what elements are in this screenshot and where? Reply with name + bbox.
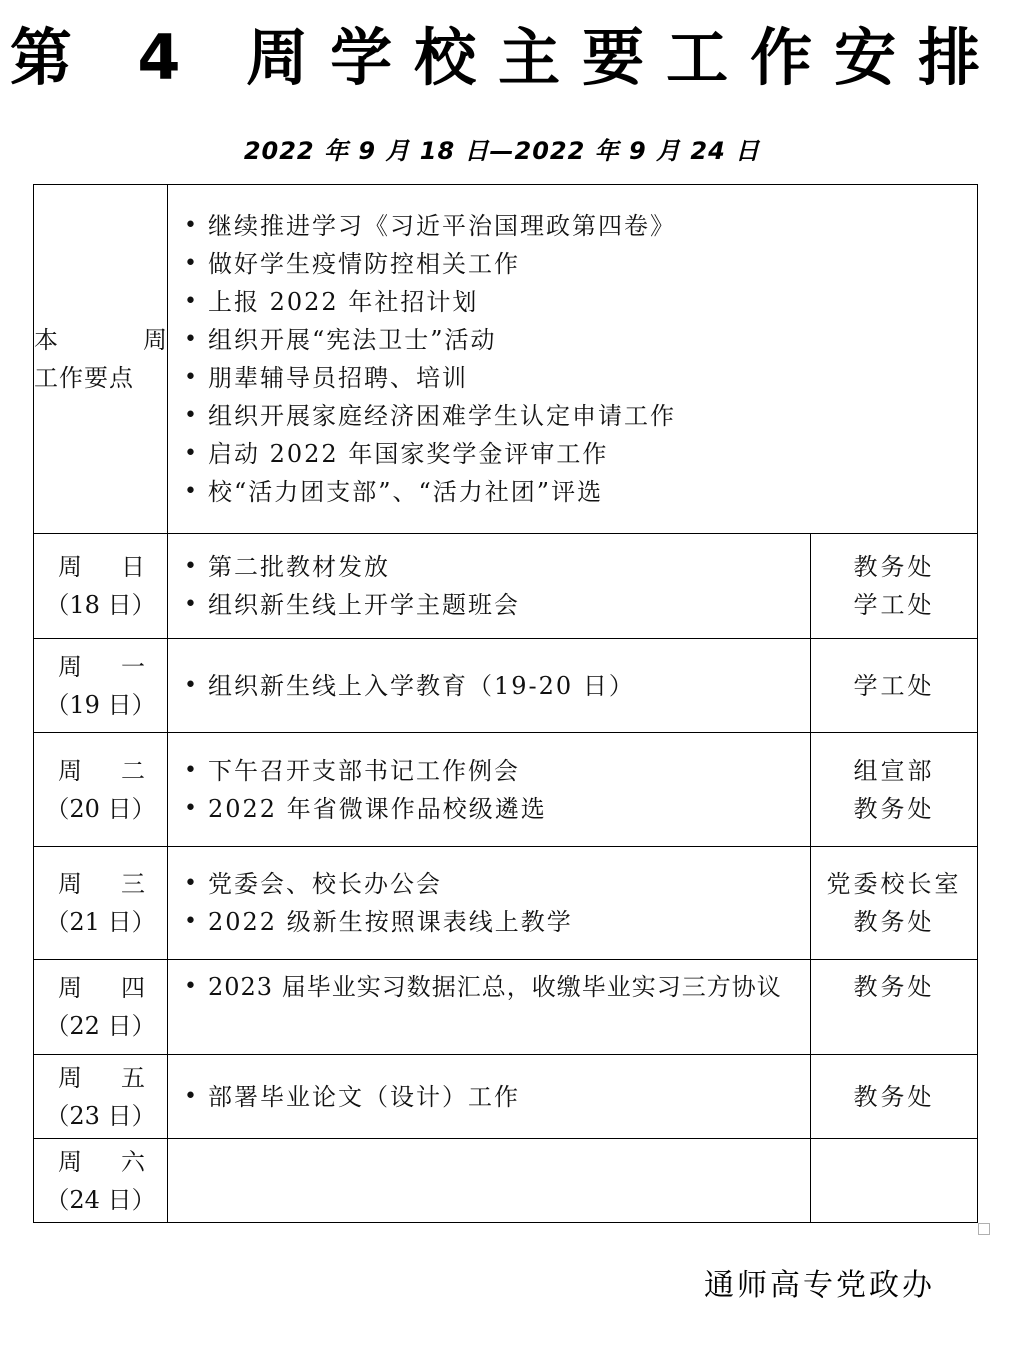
day-prefix: 周 (58, 648, 82, 686)
day-suffix: 六 (121, 1143, 145, 1181)
list-item: 组织开展“宪法卫士”活动 (184, 321, 977, 359)
key-points-label-left: 本 (34, 321, 58, 359)
list-item: 朋辈辅导员招聘、培训 (184, 359, 977, 397)
department-cell[interactable]: 教务处 学工处 (811, 534, 978, 639)
tasks-cell[interactable]: 党委会、校长办公会 2022 级新生按照课表线上教学 (168, 847, 811, 960)
list-item: 2022 级新生按照课表线上教学 (184, 903, 810, 941)
table-row-monday: 周一 （19 日） 组织新生线上入学教育（19-20 日） 学工处 (34, 639, 978, 733)
department: 教务处 (811, 903, 977, 941)
day-date: （21 日） (34, 903, 167, 941)
document-title: 第 4 周学校主要工作安排 (0, 18, 1012, 98)
day-suffix: 四 (121, 969, 145, 1007)
department-cell[interactable] (811, 1139, 978, 1223)
signature: 通师高专党政办 (704, 1266, 935, 1306)
key-points-label-right: 周 (143, 321, 167, 359)
list-item: 2022 年省微课作品校级遴选 (184, 790, 810, 828)
table-row-friday: 周五 （23 日） 部署毕业论文（设计）工作 教务处 (34, 1055, 978, 1139)
department: 学工处 (811, 586, 977, 624)
list-item: 组织开展家庭经济困难学生认定申请工作 (184, 397, 977, 435)
date-range: 2022 年 9 月 18 日—2022 年 9 月 24 日 (0, 134, 1004, 168)
day-suffix: 一 (121, 648, 145, 686)
day-date: （22 日） (34, 1007, 167, 1045)
day-cell[interactable]: 周三 （21 日） (34, 847, 168, 960)
day-prefix: 周 (58, 865, 82, 903)
day-suffix: 日 (121, 548, 145, 586)
list-item: 校“活力团支部”、“活力社团”评选 (184, 473, 977, 511)
day-date: （18 日） (34, 586, 167, 624)
day-prefix: 周 (58, 969, 82, 1007)
table-row-wednesday: 周三 （21 日） 党委会、校长办公会 2022 级新生按照课表线上教学 党委校… (34, 847, 978, 960)
tasks-cell[interactable] (168, 1139, 811, 1223)
tasks-cell[interactable]: 组织新生线上入学教育（19-20 日） (168, 639, 811, 733)
department: 学工处 (811, 667, 977, 705)
day-suffix: 三 (121, 865, 145, 903)
table-resize-handle[interactable] (978, 1223, 990, 1235)
department-cell[interactable]: 党委校长室 教务处 (811, 847, 978, 960)
department: 组宣部 (811, 752, 977, 790)
day-suffix: 五 (121, 1059, 145, 1097)
list-item: 组织新生线上入学教育（19-20 日） (184, 667, 810, 705)
day-cell[interactable]: 周五 （23 日） (34, 1055, 168, 1139)
department-cell[interactable]: 教务处 (811, 960, 978, 1055)
day-date: （20 日） (34, 790, 167, 828)
day-suffix: 二 (121, 752, 145, 790)
day-cell[interactable]: 周日 （18 日） (34, 534, 168, 639)
day-prefix: 周 (58, 1059, 82, 1097)
list-item: 启动 2022 年国家奖学金评审工作 (184, 435, 977, 473)
list-item: 2023 届毕业实习数据汇总，收缴毕业实习三方协议 (184, 968, 810, 1006)
day-date: （23 日） (34, 1097, 167, 1135)
table-row-sunday: 周日 （18 日） 第二批教材发放 组织新生线上开学主题班会 教务处 学工处 (34, 534, 978, 639)
list-item: 上报 2022 年社招计划 (184, 283, 977, 321)
department: 党委校长室 (811, 865, 977, 903)
list-item: 第二批教材发放 (184, 548, 810, 586)
key-points-label-line2: 工作要点 (34, 359, 167, 397)
list-item: 做好学生疫情防控相关工作 (184, 245, 977, 283)
key-points-label[interactable]: 本 周 工作要点 (34, 185, 168, 534)
table-row-tuesday: 周二 （20 日） 下午召开支部书记工作例会 2022 年省微课作品校级遴选 组… (34, 733, 978, 847)
department-cell[interactable]: 学工处 (811, 639, 978, 733)
department: 教务处 (811, 548, 977, 586)
day-cell[interactable]: 周六 （24 日） (34, 1139, 168, 1223)
day-prefix: 周 (58, 548, 82, 586)
list-item: 继续推进学习《习近平治国理政第四卷》 (184, 207, 977, 245)
tasks-cell[interactable]: 第二批教材发放 组织新生线上开学主题班会 (168, 534, 811, 639)
list-item: 部署毕业论文（设计）工作 (184, 1078, 810, 1116)
table-row-thursday: 周四 （22 日） 2023 届毕业实习数据汇总，收缴毕业实习三方协议 教务处 (34, 960, 978, 1055)
schedule-table: 本 周 工作要点 继续推进学习《习近平治国理政第四卷》 做好学生疫情防控相关工作… (33, 184, 978, 1223)
tasks-cell[interactable]: 下午召开支部书记工作例会 2022 年省微课作品校级遴选 (168, 733, 811, 847)
department: 教务处 (811, 968, 977, 1006)
day-prefix: 周 (58, 1143, 82, 1181)
table-row-saturday: 周六 （24 日） (34, 1139, 978, 1223)
department: 教务处 (811, 1078, 977, 1116)
day-date: （19 日） (34, 686, 167, 724)
tasks-cell[interactable]: 部署毕业论文（设计）工作 (168, 1055, 811, 1139)
list-item: 党委会、校长办公会 (184, 865, 810, 903)
department-cell[interactable]: 教务处 (811, 1055, 978, 1139)
list-item: 组织新生线上开学主题班会 (184, 586, 810, 624)
list-item: 下午召开支部书记工作例会 (184, 752, 810, 790)
key-points-row: 本 周 工作要点 继续推进学习《习近平治国理政第四卷》 做好学生疫情防控相关工作… (34, 185, 978, 534)
department: 教务处 (811, 790, 977, 828)
key-points-list: 继续推进学习《习近平治国理政第四卷》 做好学生疫情防控相关工作 上报 2022 … (168, 207, 977, 511)
day-prefix: 周 (58, 752, 82, 790)
day-cell[interactable]: 周一 （19 日） (34, 639, 168, 733)
tasks-cell[interactable]: 2023 届毕业实习数据汇总，收缴毕业实习三方协议 (168, 960, 811, 1055)
day-cell[interactable]: 周二 （20 日） (34, 733, 168, 847)
day-date: （24 日） (34, 1181, 167, 1219)
key-points-cell[interactable]: 继续推进学习《习近平治国理政第四卷》 做好学生疫情防控相关工作 上报 2022 … (168, 185, 978, 534)
day-cell[interactable]: 周四 （22 日） (34, 960, 168, 1055)
department-cell[interactable]: 组宣部 教务处 (811, 733, 978, 847)
